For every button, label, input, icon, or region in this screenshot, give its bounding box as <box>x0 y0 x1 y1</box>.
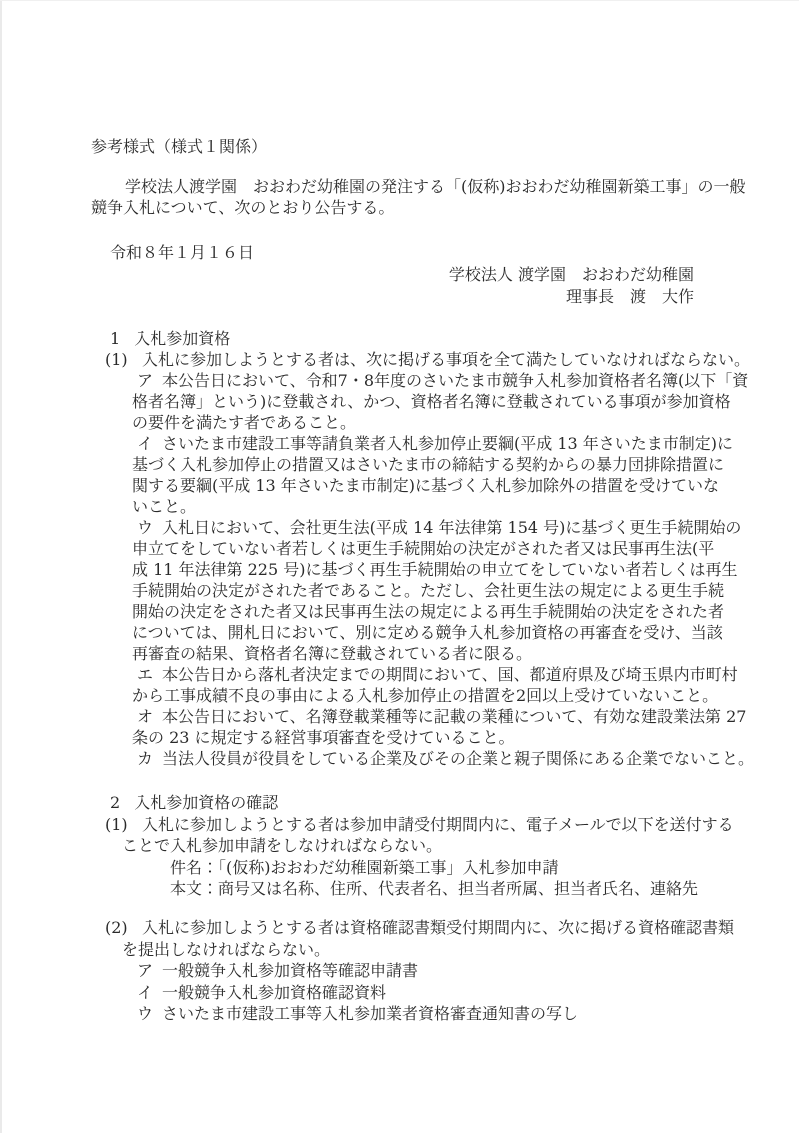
section-title: 入札参加資格 <box>134 329 230 348</box>
issuer-org-line: 学校法人 渡学園 おおわだ幼稚園 <box>0 264 694 286</box>
s1-sub-a-line: ア本公告日において、令和7・8年度のさいたま市競争入札参加資格者名簿(以下「資 <box>137 370 799 391</box>
s1-sub-u-line: 再審査の結果、資格者名簿に登載されている者に限る。 <box>132 643 799 664</box>
list-marker: エ <box>137 664 154 685</box>
document-page: 参考様式（様式１関係） 学校法人渡学園 おおわだ幼稚園の発注する「(仮称)おおわ… <box>0 0 799 1133</box>
item-label: (1) <box>105 349 129 370</box>
section-1-heading: 1入札参加資格 <box>110 328 799 349</box>
page-top-edge <box>0 0 799 1</box>
s1-sub-a-line: の要件を満たす者であること。 <box>132 412 799 433</box>
item-text: さいたま市建設工事等入札参加業者資格審査通知書の写し <box>162 1004 578 1023</box>
date-block: 令和８年１月１６日 <box>0 242 799 263</box>
list-marker: イ <box>137 433 154 454</box>
s1-item1-line: (1)入札に参加しようとする者は、次に掲げる事項を全て満たしていなければならない… <box>105 349 799 370</box>
intro-paragraph: 学校法人渡学園 おおわだ幼稚園の発注する「(仮称)おおわだ幼稚園新築工事」の一般… <box>0 176 799 218</box>
s1-sub-o-line: 条の 23 に規定する経営事項審査を受けていること。 <box>132 727 799 748</box>
intro-line: 競争入札について、次のとおり公告する。 <box>91 197 799 218</box>
list-marker: カ <box>137 748 154 769</box>
s1-sub-u-line: 開始の決定をされた者又は民事再生法の規定による再生手続開始の決定をされた者 <box>132 601 799 622</box>
s2-item2-line: を提出しなければならない。 <box>122 939 799 961</box>
section-2-item2: (2)入札に参加しようとする者は資格確認書類受付期間内に、次に掲げる資格確認書類… <box>0 917 799 1025</box>
s1-sub-ka-line: カ当法人役員が役員をしている企業及びその企業と親子関係にある企業でないこと。 <box>137 748 799 769</box>
s1-sub-u-line: 申立てをしていない者若しくは更生手続開始の決定がされた者又は民事再生法(平 <box>132 538 799 559</box>
item-label: (1) <box>105 814 129 836</box>
s2-item2-sub-a-line: ア一般競争入札参加資格等確認申請書 <box>137 960 799 982</box>
form-note-block: 参考様式（様式１関係） <box>0 136 799 157</box>
item-label: (2) <box>105 917 129 939</box>
s1-sub-e-line: エ本公告日から落札者決定までの期間において、国、都道府県及び埼玉県内市町村 <box>137 664 799 685</box>
form-note: 参考様式（様式１関係） <box>91 136 799 157</box>
list-marker: ウ <box>137 1003 154 1025</box>
item-text: 本公告日において、令和7・8年度のさいたま市競争入札参加資格者名簿(以下「資 <box>162 371 748 390</box>
item-text: 入札に参加しようとする者は参加申請受付期間内に、電子メールで以下を送付する <box>142 815 734 834</box>
item-text: 本公告日から落札者決定までの期間において、国、都道府県及び埼玉県内市町村 <box>162 665 738 684</box>
item-text: 一般競争入札参加資格等確認申請書 <box>162 961 418 980</box>
s2-item1-line: (1)入札に参加しようとする者は参加申請受付期間内に、電子メールで以下を送付する <box>105 814 799 836</box>
list-marker: イ <box>137 982 154 1004</box>
item-text: 入札日において、会社更生法(平成 14 年法律第 154 号)に基づく更生手続開… <box>162 518 741 537</box>
section-title: 入札参加資格の確認 <box>134 793 278 812</box>
s2-item2-sub-u-line: ウさいたま市建設工事等入札参加業者資格審査通知書の写し <box>137 1003 799 1025</box>
item-text: 本公告日において、名簿登載業種等に記載の業種について、有効な建設業法第 27 <box>162 707 747 726</box>
s1-sub-u-line: ウ入札日において、会社更生法(平成 14 年法律第 154 号)に基づく更生手続… <box>137 517 799 538</box>
item-text: 当法人役員が役員をしている企業及びその企業と親子関係にある企業でないこと。 <box>162 749 754 768</box>
s1-sub-a-line: 格者名簿」という)に登載され、かつ、資格者名簿に登載されている事項が参加資格 <box>132 391 799 412</box>
item-text: さいたま市建設工事等請負業者入札参加停止要綱(平成 13 年さいたま市制定)に <box>162 434 733 453</box>
s2-item1-body-line: 本文：商号又は名称、住所、代表者名、担当者所属、担当者氏名、連絡先 <box>170 878 799 900</box>
section-2: 2入札参加資格の確認 (1)入札に参加しようとする者は参加申請受付期間内に、電子… <box>0 792 799 900</box>
s1-sub-i-line: 関する要綱(平成 13 年さいたま市制定)に基づく入札参加除外の措置を受けていな <box>132 475 799 496</box>
section-2-heading: 2入札参加資格の確認 <box>110 792 799 814</box>
s1-sub-e-line: から工事成績不良の事由による入札参加停止の措置を2回以上受けていないこと。 <box>132 685 799 706</box>
item-text: 入札に参加しようとする者は資格確認書類受付期間内に、次に掲げる資格確認書類 <box>142 918 734 937</box>
s1-sub-u-line: 成 11 年法律第 225 号)に基づく再生手続開始の申立てをしていない者若しく… <box>132 559 799 580</box>
s2-item1-subject-line: 件名：「(仮称)おおわだ幼稚園新築工事」入札参加申請 <box>170 857 799 879</box>
list-marker: ア <box>137 960 154 982</box>
list-marker: ア <box>137 370 154 391</box>
s2-item2-sub-i-line: イ一般競争入札参加資格確認資料 <box>137 982 799 1004</box>
s1-sub-i-line: イさいたま市建設工事等請負業者入札参加停止要綱(平成 13 年さいたま市制定)に <box>137 433 799 454</box>
s2-item1-line: ことで入札参加申請をしなければならない。 <box>122 835 799 857</box>
s2-item2-line: (2)入札に参加しようとする者は資格確認書類受付期間内に、次に掲げる資格確認書類 <box>105 917 799 939</box>
s1-sub-i-line: いこと。 <box>132 496 799 517</box>
s1-sub-i-line: 基づく入札参加停止の措置又はさいたま市の締結する契約からの暴力団排除措置に <box>132 454 799 475</box>
section-number: 1 <box>110 328 120 349</box>
section-1: 1入札参加資格 (1)入札に参加しようとする者は、次に掲げる事項を全て満たしてい… <box>0 328 799 769</box>
item-text: 一般競争入札参加資格確認資料 <box>162 983 386 1002</box>
s1-sub-u-line: については、開札日において、別に定める競争入札参加資格の再審査を受け、当該 <box>132 622 799 643</box>
list-marker: ウ <box>137 517 154 538</box>
issuer-block: 学校法人 渡学園 おおわだ幼稚園 理事長 渡 大作 <box>0 264 694 307</box>
issuer-president-line: 理事長 渡 大作 <box>0 286 694 308</box>
section-number: 2 <box>110 792 120 814</box>
list-marker: オ <box>137 706 154 727</box>
date-line: 令和８年１月１６日 <box>110 242 799 263</box>
item-text: 入札に参加しようとする者は、次に掲げる事項を全て満たしていなければならない。 <box>142 350 750 369</box>
s1-sub-o-line: オ本公告日において、名簿登載業種等に記載の業種について、有効な建設業法第 27 <box>137 706 799 727</box>
intro-line: 学校法人渡学園 おおわだ幼稚園の発注する「(仮称)おおわだ幼稚園新築工事」の一般 <box>91 176 799 197</box>
s1-sub-u-line: 手続開始の決定がされた者であること。ただし、会社更生法の規定による更生手続 <box>132 580 799 601</box>
